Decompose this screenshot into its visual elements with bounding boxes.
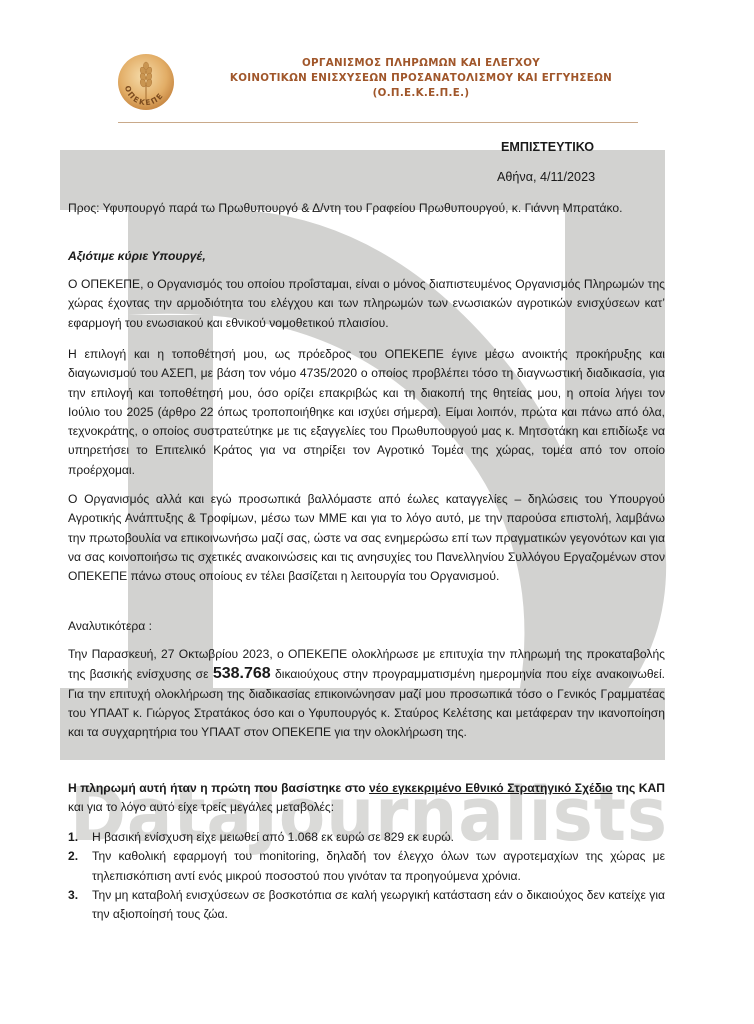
list-item-text: Η βασική ενίσχυση είχε μειωθεί από 1.068… [92, 830, 454, 844]
changes-list: 1.Η βασική ενίσχυση είχε μειωθεί από 1.0… [68, 828, 665, 924]
paragraph-1: Ο ΟΠΕΚΕΠΕ, ο Οργανισμός του οποίου προΐσ… [68, 275, 665, 333]
letter-page: ΟΠΕΚΕΠΕ ΟΡΓΑΝΙΣΜΟΣ ΠΛΗΡΩΜΩΝ ΚΑΙ ΕΛΕΓΧΟΥ … [0, 0, 754, 1024]
p5-bold-text-2: της ΚΑΠ [613, 781, 665, 795]
salutation: Αξιότιμε κύριε Υπουργέ, [68, 247, 665, 266]
list-item: 3.Την μη καταβολή ενισχύσεων σε βοσκοτόπ… [68, 886, 665, 925]
list-item-text: Την μη καταβολή ενισχύσεων σε βοσκοτόπια… [92, 888, 665, 921]
list-item-number: 2. [68, 847, 78, 866]
beneficiaries-count: 538.768 [213, 665, 271, 682]
organization-name: ΟΡΓΑΝΙΣΜΟΣ ΠΛΗΡΩΜΩΝ ΚΑΙ ΕΛΕΓΧΟΥ ΚΟΙΝΟΤΙΚ… [186, 56, 656, 101]
paragraph-3: Ο Οργανισμός αλλά και εγώ προσωπικά βαλλ… [68, 490, 665, 586]
list-item: 1.Η βασική ενίσχυση είχε μειωθεί από 1.0… [68, 828, 665, 847]
list-item: 2.Την καθολική εφαρμογή του monitoring, … [68, 847, 665, 886]
letterhead: ΟΠΕΚΕΠΕ ΟΡΓΑΝΙΣΜΟΣ ΠΛΗΡΩΜΩΝ ΚΑΙ ΕΛΕΓΧΟΥ … [116, 52, 646, 118]
list-item-number: 1. [68, 828, 78, 847]
strategic-plan-ref: νέο εγκεκριμένο Εθνικό Στρατηγικό Σχέδιο [369, 781, 613, 795]
p5-bold-text: Η πληρωμή αυτή ήταν η πρώτη που βασίστηκ… [68, 781, 369, 795]
paragraph-4: Την Παρασκευή, 27 Οκτωβρίου 2023, ο ΟΠΕΚ… [68, 645, 665, 742]
changes-list-container: 1.Η βασική ενίσχυση είχε μειωθεί από 1.0… [68, 828, 665, 924]
place-date: Αθήνα, 4/11/2023 [497, 170, 595, 184]
p5-rest-text: και για το λόγο αυτό είχε τρείς μεγάλες … [68, 800, 334, 814]
list-item-number: 3. [68, 886, 78, 905]
opekepe-logo-icon: ΟΠΕΚΕΠΕ [116, 52, 176, 112]
details-heading: Αναλυτικότερα : [68, 617, 665, 636]
org-line-1: ΟΡΓΑΝΙΣΜΟΣ ΠΛΗΡΩΜΩΝ ΚΑΙ ΕΛΕΓΧΟΥ [186, 56, 656, 71]
classification-label: ΕΜΠΙΣΤΕΥΤΙΚΟ [501, 140, 594, 154]
org-line-2: ΚΟΙΝΟΤΙΚΩΝ ΕΝΙΣΧΥΣΕΩΝ ΠΡΟΣΑΝΑΤΟΛΙΣΜΟΥ ΚΑ… [186, 71, 656, 86]
paragraph-5: Η πληρωμή αυτή ήταν η πρώτη που βασίστηκ… [68, 779, 665, 818]
letterhead-divider [118, 122, 638, 123]
list-item-text: Την καθολική εφαρμογή του monitoring, δη… [92, 849, 665, 882]
recipient-line: Προς: Υφυπουργό παρά τω Πρωθυπουργό & Δ/… [68, 199, 665, 218]
org-line-3: (Ο.Π.Ε.Κ.Ε.Π.Ε.) [186, 86, 656, 101]
paragraph-2: Η επιλογή και η τοποθέτησή μου, ως πρόεδ… [68, 345, 665, 480]
